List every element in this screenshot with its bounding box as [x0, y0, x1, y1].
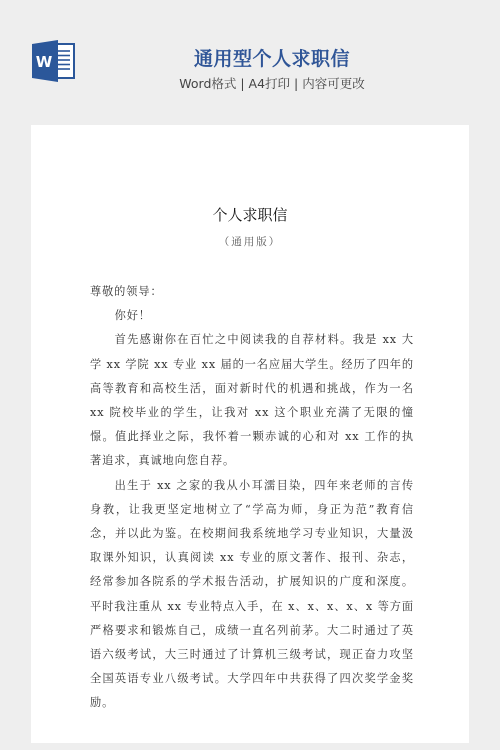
svg-text:W: W: [36, 53, 53, 71]
page-header: W 通用型个人求职信 Word格式 | A4打印 | 内容可更改: [0, 0, 500, 125]
paragraph: 首先感谢你在百忙之中阅读我的自荐材料。我是 xx 大学 xx 学院 xx 专业 …: [90, 328, 414, 473]
document-title: 个人求职信: [31, 204, 469, 225]
salutation: 尊敬的领导：: [90, 280, 414, 304]
paragraph: 出生于 xx 之家的我从小耳濡目染，四年来老师的言传身教，让我更坚定地树立了“学…: [90, 474, 414, 716]
greeting: 你好！: [90, 304, 414, 328]
document-version: （通用版）: [31, 234, 469, 249]
document-body: 尊敬的领导： 你好！ 首先感谢你在百忙之中阅读我的自荐材料。我是 xx 大学 x…: [90, 280, 414, 716]
word-document-icon: W: [32, 40, 76, 82]
page-title: 通用型个人求职信: [172, 44, 372, 71]
page-subtitle: Word格式 | A4打印 | 内容可更改: [160, 74, 384, 92]
document-page: 个人求职信 （通用版） 尊敬的领导： 你好！ 首先感谢你在百忙之中阅读我的自荐材…: [31, 125, 469, 743]
